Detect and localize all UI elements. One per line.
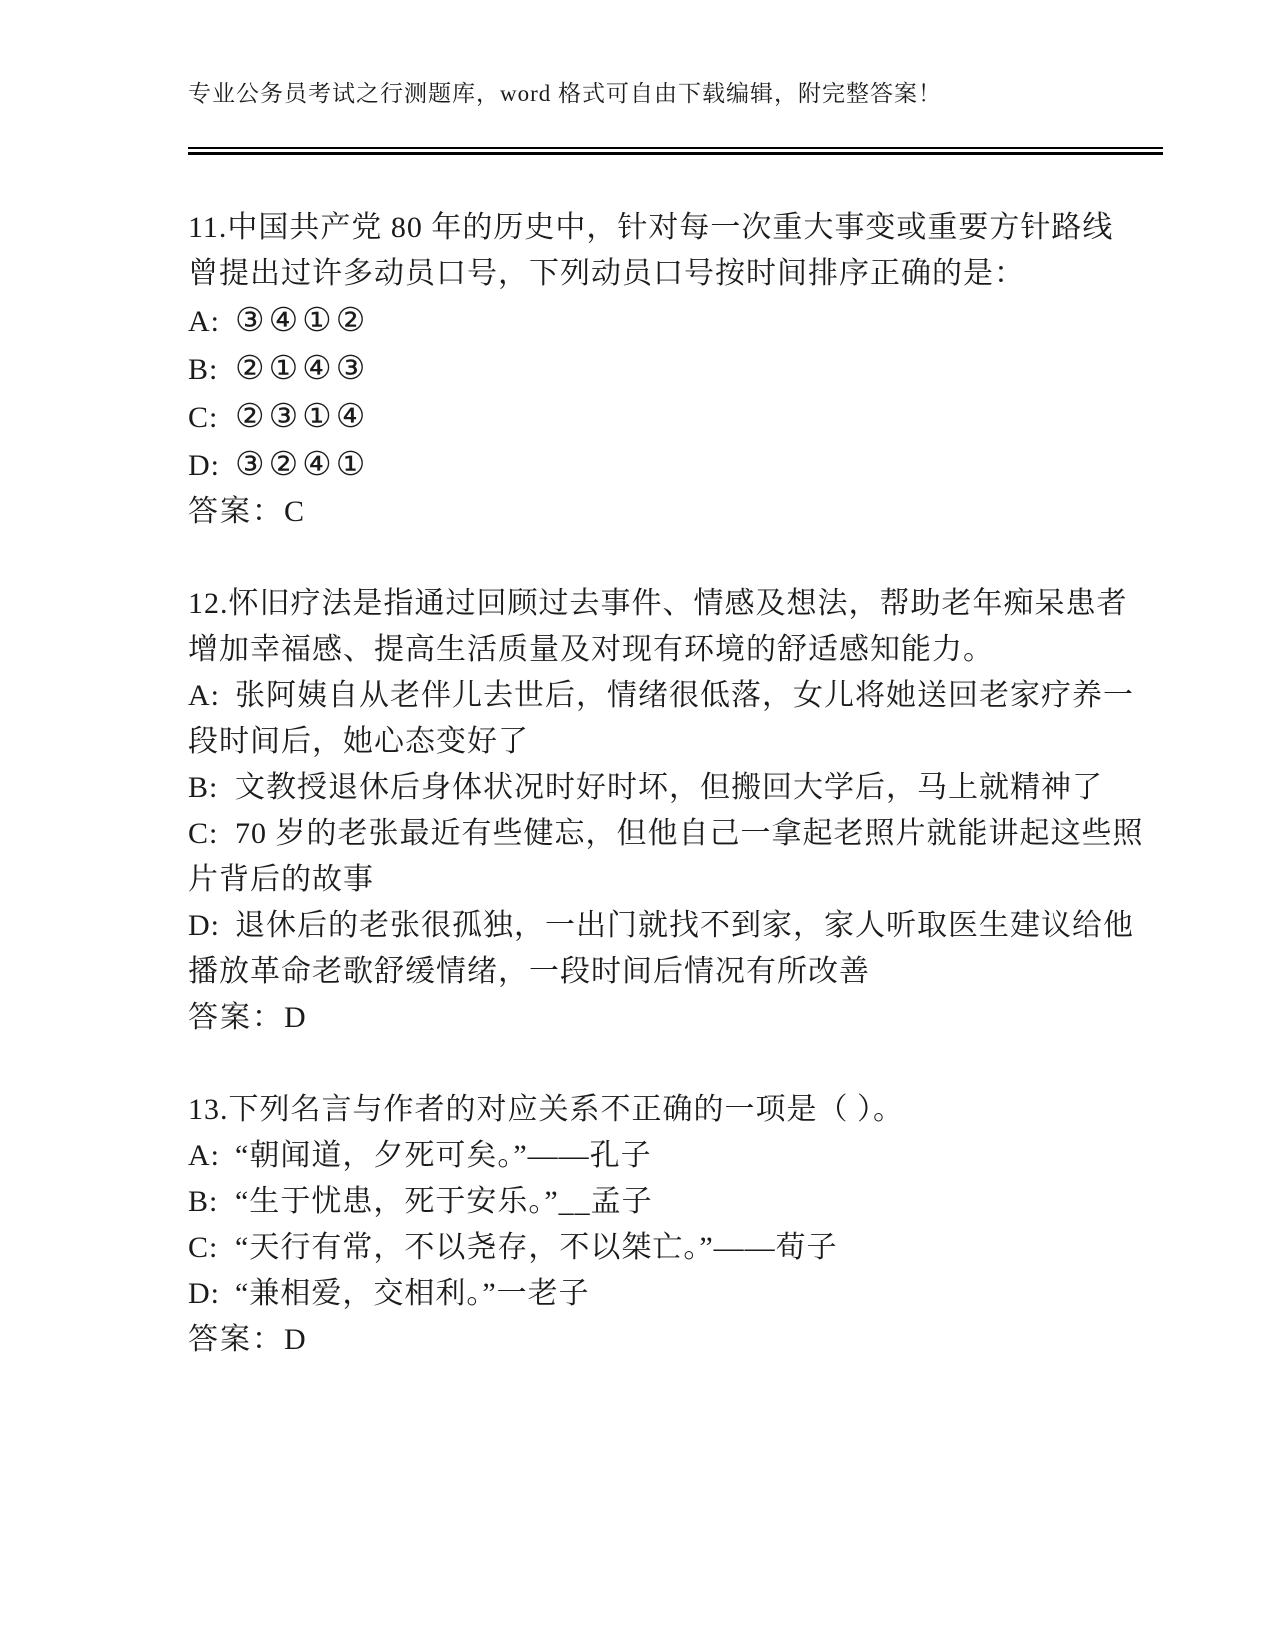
option-line-d: D:③②④①: [188, 441, 1163, 489]
option-continuation-line: 段时间后，她心态变好了: [188, 719, 1163, 765]
option-label: C:: [188, 1225, 235, 1271]
option-continuation-line: 播放革命老歌舒缓情绪，一段时间后情况有所改善: [188, 949, 1163, 995]
header-title: 专业公务员考试之行测题库，word 格式可自由下载编辑，附完整答案！: [188, 80, 1163, 107]
question-stem-line: 11.中国共产党 80 年的历史中，针对每一次重大事变或重要方针路线: [188, 205, 1163, 251]
question-stem-line: 12.怀旧疗法是指通过回顾过去事件、情感及想法，帮助老年痴呆患者: [188, 581, 1163, 627]
option-value: 退休后的老张很孤独，一出门就找不到家，家人听取医生建议给他: [235, 909, 1134, 942]
document-page: 专业公务员考试之行测题库，word 格式可自由下载编辑，附完整答案！ 11.中国…: [0, 0, 1275, 1650]
option-line-d: D:退休后的老张很孤独，一出门就找不到家，家人听取医生建议给他: [188, 903, 1163, 949]
header-rule: [188, 147, 1163, 155]
option-value: ③④①②: [235, 300, 369, 339]
option-line-a: A:③④①②: [188, 297, 1163, 345]
option-label: D:: [188, 903, 235, 949]
option-label: D:: [188, 1271, 235, 1317]
document-content: 11.中国共产党 80 年的历史中，针对每一次重大事变或重要方针路线 曾提出过许…: [188, 205, 1163, 1363]
option-label: A:: [188, 299, 235, 345]
option-label: B:: [188, 1179, 235, 1225]
question-11: 11.中国共产党 80 年的历史中，针对每一次重大事变或重要方针路线 曾提出过许…: [188, 205, 1163, 535]
option-value: ③②④①: [235, 444, 369, 483]
option-label: D:: [188, 443, 235, 489]
answer-line: 答案：C: [188, 489, 1163, 535]
option-label: C:: [188, 811, 235, 857]
option-line-c: C:70 岁的老张最近有些健忘，但他自己一拿起老照片就能讲起这些照: [188, 811, 1163, 857]
option-value: “生于忧患，死于安乐。”__孟子: [235, 1185, 653, 1218]
answer-line: 答案：D: [188, 1317, 1163, 1363]
option-label: B:: [188, 765, 235, 811]
option-value: 70 岁的老张最近有些健忘，但他自己一拿起老照片就能讲起这些照: [235, 817, 1144, 850]
question-13: 13.下列名言与作者的对应关系不正确的一项是（ ）。 A:“朝闻道，夕死可矣。”…: [188, 1087, 1163, 1363]
option-value: “兼相爱，交相利。”一老子: [235, 1277, 590, 1310]
option-label: A:: [188, 1133, 235, 1179]
option-line-b: B:②①④③: [188, 345, 1163, 393]
option-label: B:: [188, 347, 235, 393]
option-line-c: C:②③①④: [188, 393, 1163, 441]
option-label: A:: [188, 673, 235, 719]
option-line-a: A:“朝闻道，夕死可矣。”——孔子: [188, 1133, 1163, 1179]
option-line-a: A:张阿姨自从老伴儿去世后，情绪很低落，女儿将她送回老家疗养一: [188, 673, 1163, 719]
question-stem-line: 增加幸福感、提高生活质量及对现有环境的舒适感知能力。: [188, 627, 1163, 673]
question-stem-line: 13.下列名言与作者的对应关系不正确的一项是（ ）。: [188, 1087, 1163, 1133]
option-value: 张阿姨自从老伴儿去世后，情绪很低落，女儿将她送回老家疗养一: [235, 679, 1134, 712]
answer-line: 答案：D: [188, 995, 1163, 1041]
page-header: 专业公务员考试之行测题库，word 格式可自由下载编辑，附完整答案！: [188, 80, 1163, 155]
question-12: 12.怀旧疗法是指通过回顾过去事件、情感及想法，帮助老年痴呆患者 增加幸福感、提…: [188, 581, 1163, 1041]
option-line-c: C:“天行有常，不以尧存，不以桀亡。”——荀子: [188, 1225, 1163, 1271]
option-label: C:: [188, 395, 235, 441]
option-value: “天行有常，不以尧存，不以桀亡。”——荀子: [235, 1231, 838, 1264]
option-line-b: B:文教授退休后身体状况时好时坏，但搬回大学后，马上就精神了: [188, 765, 1163, 811]
option-value: 文教授退休后身体状况时好时坏，但搬回大学后，马上就精神了: [235, 771, 1103, 804]
option-continuation-line: 片背后的故事: [188, 857, 1163, 903]
question-stem-line: 曾提出过许多动员口号，下列动员口号按时间排序正确的是：: [188, 251, 1163, 297]
option-line-d: D:“兼相爱，交相利。”一老子: [188, 1271, 1163, 1317]
option-value: “朝闻道，夕死可矣。”——孔子: [235, 1139, 652, 1172]
option-value: ②①④③: [235, 348, 369, 387]
option-value: ②③①④: [235, 396, 369, 435]
option-line-b: B:“生于忧患，死于安乐。”__孟子: [188, 1179, 1163, 1225]
